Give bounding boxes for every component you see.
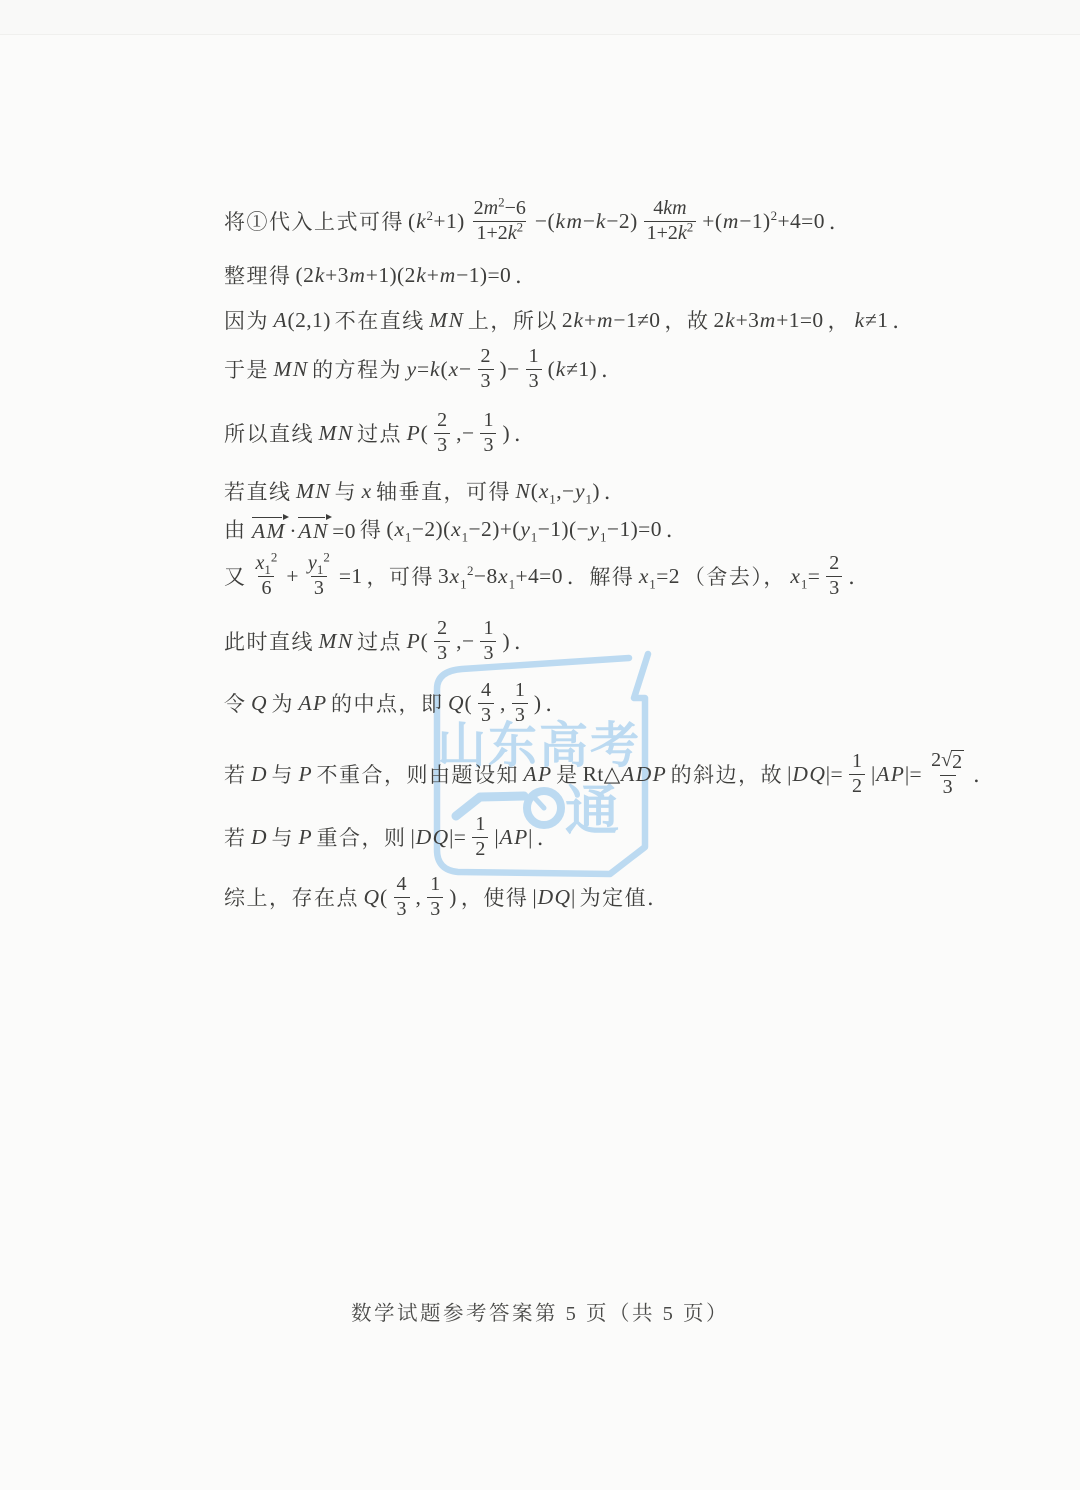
fraction: 13 (480, 410, 496, 456)
math-run: N(x1,−y1) (515, 479, 600, 504)
math-run: D (251, 762, 268, 787)
math-run: =1 (339, 564, 363, 589)
math-run: P( (406, 629, 428, 654)
math-run: ,− (456, 421, 474, 446)
math-run: x1= (790, 564, 820, 589)
text-run: （舍去）， (684, 561, 786, 591)
text-run: 若直线 (224, 476, 292, 506)
math-run: Rt△ADP (583, 762, 667, 787)
text-run: 此时直线 (224, 626, 314, 656)
text-run: ． (545, 688, 568, 718)
solution-line: 若直线MN与x轴垂直，可得N(x1,−y1)． (222, 476, 628, 506)
math-run: 2k+m−1≠0 (562, 308, 661, 333)
math-run: ,− (456, 629, 474, 654)
math-run: AP (298, 691, 327, 716)
math-run: ) (502, 421, 510, 446)
text-run: 重合，则 (316, 822, 406, 852)
math-run: (2k+3m+1)(2k+m−1)=0 (296, 263, 512, 288)
fraction: 43 (478, 680, 494, 726)
math-run: |AP|= (871, 762, 922, 787)
math-run: x (361, 479, 372, 504)
text-run: 上，所以 (468, 305, 558, 335)
watermark-dash-stroke (456, 796, 524, 816)
text-run: ，可得 (367, 561, 435, 591)
text-run: 因为 (224, 305, 269, 335)
math-run: , (416, 885, 422, 910)
text-run: 为定值． (580, 882, 670, 912)
fraction: 23 (826, 553, 842, 599)
math-run: P (298, 825, 313, 850)
math-run: MN (429, 308, 464, 333)
solution-line: 若D与P不重合，则由题设知AP是Rt△ADP的斜边，故|DQ|=12|AP|=2… (222, 750, 998, 798)
text-run: ． (537, 822, 560, 852)
text-run: ． (604, 476, 627, 506)
math-run: D (251, 825, 268, 850)
math-run: +(m−1)2+4=0 (702, 209, 825, 234)
text-run: 与 (271, 759, 294, 789)
fraction: 23 (434, 410, 450, 456)
text-run: 轴垂直，可得 (376, 476, 511, 506)
text-run: ．解得 (567, 561, 635, 591)
math-run: + (286, 564, 299, 589)
fraction: 2m2−61+2k2 (471, 198, 529, 244)
fraction: 13 (427, 874, 443, 920)
fraction: 2√23 (928, 750, 967, 798)
text-run: ． (892, 305, 915, 335)
solution-line: 所以直线MN过点P(23,−13)． (222, 410, 539, 456)
text-run: 的方程为 (312, 354, 402, 384)
text-run: 由 (224, 514, 247, 544)
text-run: 所以直线 (224, 418, 314, 448)
math-run: Q (251, 691, 268, 716)
text-run: 的中点，即 (331, 688, 444, 718)
page-footer: 数学试题参考答案第 5 页（共 5 页） (0, 1296, 1080, 1326)
text-run: 得 (360, 514, 383, 544)
math-run: , (500, 691, 506, 716)
math-run: Q( (448, 691, 473, 716)
fraction: 12 (472, 814, 488, 860)
math-run: MN (273, 357, 308, 382)
fraction: 13 (480, 618, 496, 664)
fraction: y123 (305, 553, 333, 599)
solution-line: 由AM·AN=0得(x1−2)(x1−2)+(y1−1)(−y1−1)=0． (222, 514, 690, 544)
math-run: (k2+1) (408, 209, 465, 234)
solution-line: 此时直线MN过点P(23,−13)． (222, 618, 539, 664)
math-run: |DQ| (532, 885, 575, 910)
fraction: 43 (394, 874, 410, 920)
fraction: 23 (434, 618, 450, 664)
math-run: |AP| (494, 825, 533, 850)
math-run: 3x12−8x1+4=0 (438, 564, 563, 589)
fraction: 13 (526, 346, 542, 392)
math-run: MN (318, 421, 353, 446)
math-run: ) (502, 629, 510, 654)
text-run: 过点 (357, 626, 402, 656)
math-run: A(2,1) (273, 308, 331, 333)
text-run: ． (973, 759, 996, 789)
text-run: ，使得 (461, 882, 529, 912)
text-run: 的斜边，故 (671, 759, 784, 789)
math-run: x1=2 (638, 564, 680, 589)
fraction: 4km1+2k2 (644, 198, 697, 244)
math-run: P (298, 762, 313, 787)
math-run: AP (523, 762, 552, 787)
text-run: ，故 (664, 305, 709, 335)
solution-line: 若D与P重合，则|DQ|=12|AP|． (222, 814, 561, 860)
text-run: 若 (224, 822, 247, 852)
math-run: Q( (363, 885, 388, 910)
math-run: )− (500, 357, 520, 382)
text-run: 又 (224, 561, 247, 591)
text-run: ． (514, 418, 537, 448)
solution-line: 又x126+y123=1，可得3x12−8x1+4=0．解得x1=2（舍去），x… (222, 553, 873, 599)
text-run: 不在直线 (335, 305, 425, 335)
math-run: −(km−k−2) (535, 209, 638, 234)
math-run: |DQ|= (410, 825, 466, 850)
text-run: 与 (335, 476, 358, 506)
math-run: AM·AN=0 (251, 514, 356, 544)
answer-sheet-page: 山东高考 通 将①代入上式可得(k2+1)2m2−61+2k2−(km−k−2)… (0, 0, 1080, 1490)
math-run: (x1−2)(x1−2)+(y1−1)(−y1−1)=0 (386, 517, 661, 542)
text-run: ． (666, 514, 689, 544)
math-run: MN (296, 479, 331, 504)
math-run: k≠1 (854, 308, 888, 333)
text-run: 综上，存在点 (224, 882, 359, 912)
text-run: 令 (224, 688, 247, 718)
math-run: |DQ|= (787, 762, 843, 787)
fraction: x126 (253, 553, 281, 599)
text-run: ． (601, 354, 624, 384)
math-run: MN (318, 629, 353, 654)
math-run: (k≠1) (548, 357, 597, 382)
math-run: ) (534, 691, 542, 716)
text-run: ． (515, 260, 538, 290)
math-run: y=k(x− (406, 357, 471, 382)
fraction: 23 (478, 346, 494, 392)
text-run: ， (828, 305, 851, 335)
text-run: ． (829, 206, 852, 236)
math-run: ) (449, 885, 457, 910)
text-run: 于是 (224, 354, 269, 384)
text-run: 是 (556, 759, 579, 789)
fraction: 12 (849, 751, 865, 797)
text-run: ． (848, 561, 871, 591)
text-run: 为 (271, 688, 294, 718)
text-run: 与 (271, 822, 294, 852)
solution-line: 令Q为AP的中点，即Q(43,13)． (222, 680, 570, 726)
solution-line: 于是MN的方程为y=k(x−23)−13(k≠1)． (222, 346, 626, 392)
text-run: 过点 (357, 418, 402, 448)
solution-line: 因为A(2,1)不在直线MN上，所以2k+m−1≠0，故2k+3m+1=0，k≠… (222, 305, 917, 335)
solution-line: 综上，存在点Q(43,13)，使得|DQ|为定值． (222, 874, 672, 920)
text-run: 若 (224, 759, 247, 789)
fraction: 13 (512, 680, 528, 726)
solution-line: 整理得(2k+3m+1)(2k+m−1)=0． (222, 260, 540, 290)
text-run: 将①代入上式可得 (224, 206, 404, 236)
math-run: P( (406, 421, 428, 446)
text-run: 整理得 (224, 260, 292, 290)
text-run: 不重合，则由题设知 (316, 759, 519, 789)
text-run: ． (514, 626, 537, 656)
solution-line: 将①代入上式可得(k2+1)2m2−61+2k2−(km−k−2)4km1+2k… (222, 198, 853, 244)
math-run: 2k+3m+1=0 (713, 308, 823, 333)
